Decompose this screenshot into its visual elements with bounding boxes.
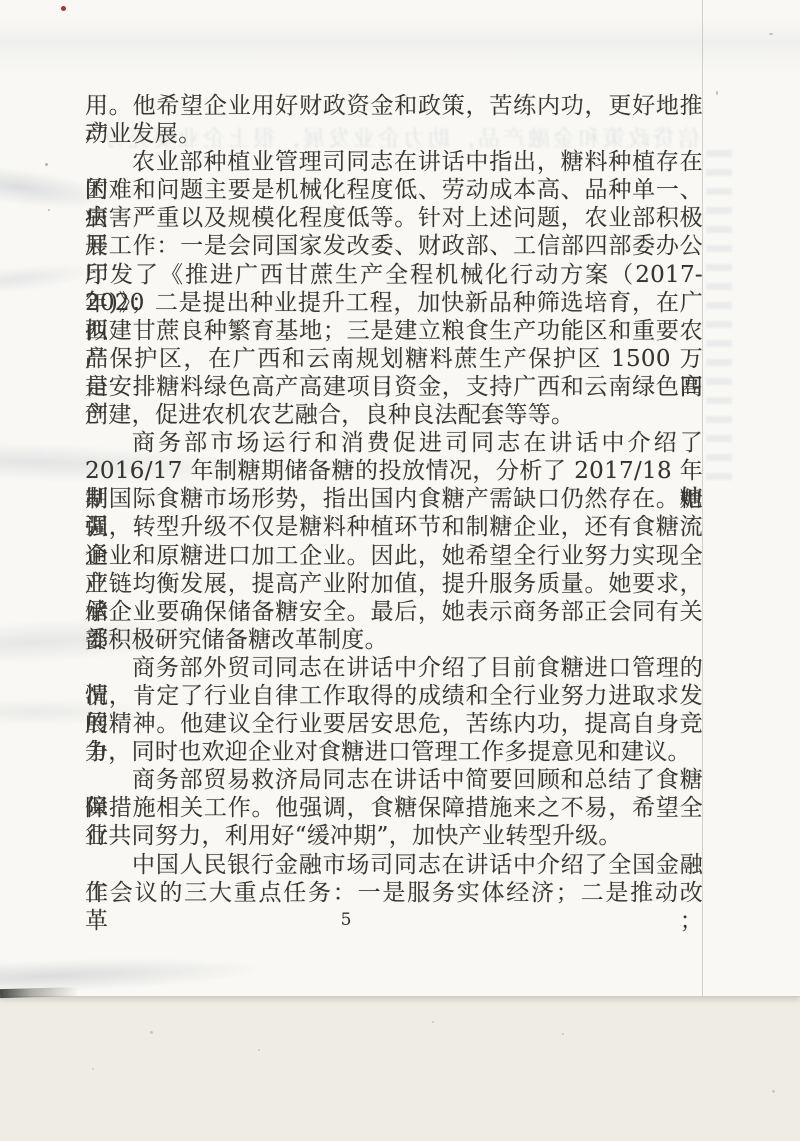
scanned-document-view: { "page": { "number": "5", "bleedthrough… bbox=[0, 0, 800, 1141]
text-line: 开工作：一是会同国家发改委、财政部、工信部四部委办公厅 bbox=[85, 232, 703, 260]
text-line: 况，肯定了行业自律工作取得的成绩和全行业努力进取求发展 bbox=[85, 682, 703, 710]
backing-speck bbox=[150, 1031, 153, 1034]
paper-speck bbox=[716, 91, 718, 95]
text-line: 企业和原糖进口加工企业。因此，她希望全行业努力实现全产 bbox=[85, 542, 703, 570]
backing-speck bbox=[92, 1068, 94, 1070]
text-line: 虫害严重以及规模化程度低等。针对上述问题，农业部积极展 bbox=[85, 204, 703, 232]
text-line: 中国人民银行金融市场司同志在讲话中介绍了全国金融工 bbox=[85, 851, 703, 879]
paper-speck bbox=[45, 163, 48, 166]
page-edge-mark bbox=[0, 987, 88, 998]
text-line: 障措施相关工作。他强调，食糖保障措施来之不易，希望全行 bbox=[85, 794, 703, 822]
scanned-page: 信贷政策和金融产品，助力企业发展，很上企业要充分 用。他希望企业用好财政资金和政… bbox=[0, 0, 800, 997]
paper-speck bbox=[769, 33, 773, 35]
text-line: 商务部贸易救济局同志在讲话中简要回顾和总结了食糖保 bbox=[85, 766, 703, 794]
backing-speck bbox=[432, 1021, 434, 1023]
page-number: 5 bbox=[0, 910, 692, 930]
text-line: 用。他希望企业用好财政资金和政策，苦练内功，更好地推动 bbox=[85, 92, 703, 120]
text-line: 印发了《推进广西甘蔗生产全程机械化行动方案（2017-2020 bbox=[85, 261, 703, 289]
text-line: 产业发展。 bbox=[85, 120, 703, 148]
scanner-backing bbox=[0, 997, 800, 1141]
text-line: 2016/17 年制糖期储备糖的投放情况，分析了 2017/18 年制糖 bbox=[85, 457, 703, 485]
text-line: 期国际食糖市场形势，指出国内食糖产需缺口仍然存在。她强 bbox=[85, 485, 703, 513]
text-line: 品保护区，在广西和云南规划糖料蔗生产保护区 1500 万亩；四 bbox=[85, 345, 703, 373]
scan-light-band bbox=[0, 16, 800, 74]
text-line: 商务部外贸司同志在讲话中介绍了目前食糖进口管理的情 bbox=[85, 654, 703, 682]
red-ink-speck bbox=[61, 6, 66, 11]
text-line: 是安排糖料绿色高产高建项目资金，支持广西和云南绿色高产 bbox=[85, 373, 703, 401]
text-line: 创建，促进农机农艺融合，良种良法配套等等。 bbox=[85, 401, 703, 429]
bleedthrough-smudge bbox=[706, 150, 732, 480]
paper-speck bbox=[48, 209, 50, 211]
text-line: 力，同时也欢迎企业对食糖进口管理工作多提意见和建议。 bbox=[85, 738, 703, 766]
text-line: 业共同努力，利用好“缓冲期”，加快产业转型升级。 bbox=[85, 822, 703, 850]
text-line: 困难和问题主要是机械化程度低、劳动成本高、品种单一、病 bbox=[85, 176, 703, 204]
text-line: 商务部市场运行和消费促进司同志在讲话中介绍了 bbox=[85, 429, 703, 457]
text-line: 业链均衡发展，提高产业附加值，提升服务质量。她要求，承 bbox=[85, 570, 703, 598]
text-line: 年)》；二是提出种业提升工程，加快新品种筛选培育，在广西 bbox=[85, 289, 703, 317]
backing-speck bbox=[772, 1090, 775, 1093]
text-line: 调，转型升级不仅是糖料种植环节和制糖企业，还有食糖流通 bbox=[85, 513, 703, 541]
document-body: 用。他希望企业用好财政资金和政策，苦练内功，更好地推动 产业发展。 农业部种植业… bbox=[85, 92, 703, 907]
text-line: 委积极研究储备糖改革制度。 bbox=[85, 626, 703, 654]
text-line: 拟建甘蔗良种繁育基地；三是建立粮食生产功能区和重要农产 bbox=[85, 317, 703, 345]
backing-speck bbox=[258, 1049, 260, 1051]
backing-speck bbox=[562, 1033, 564, 1035]
text-line: 储企业要确保储备糖安全。最后，她表示商务部正会同有关部 bbox=[85, 598, 703, 626]
text-line: 农业部种植业管理司同志在讲话中指出，糖料种植存在的 bbox=[85, 148, 703, 176]
text-line: 的精神。他建议全行业要居安思危，苦练内功，提高自身竞争 bbox=[85, 710, 703, 738]
text-line: 作会议的三大重点任务：一是服务实体经济；二是推动改革； bbox=[85, 879, 703, 907]
